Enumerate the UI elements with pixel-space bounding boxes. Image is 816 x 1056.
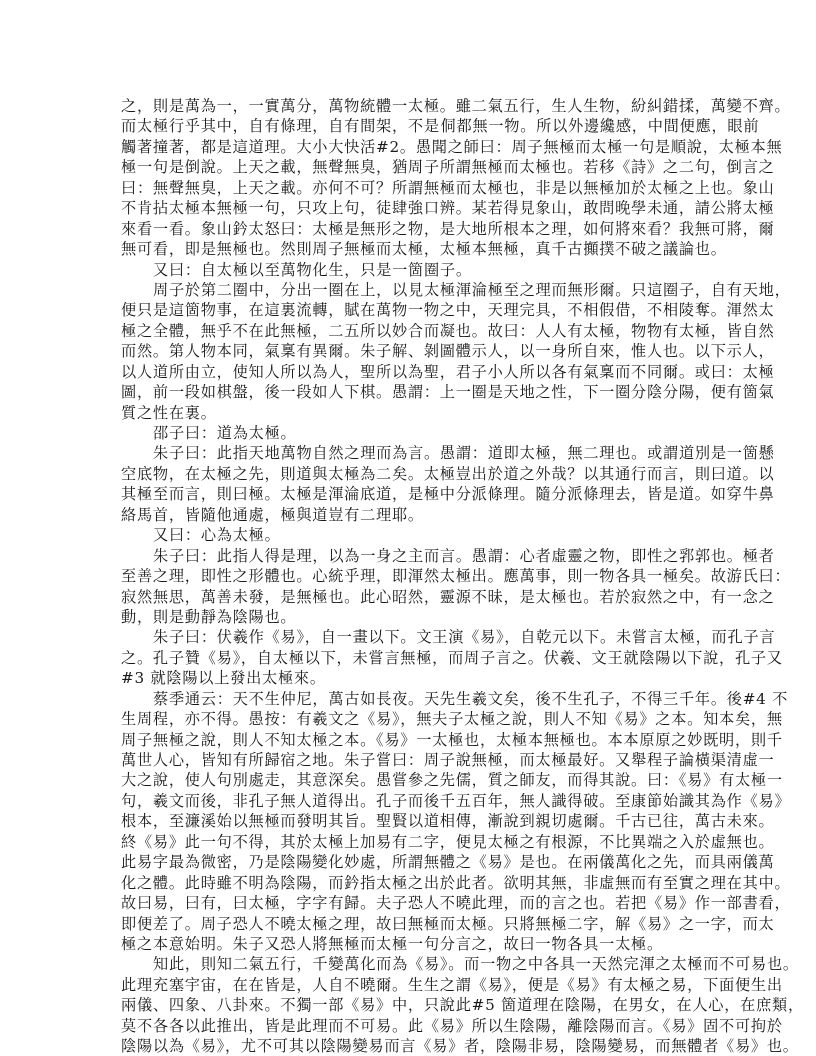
text-line: 極之全體，無乎不在此無極，二五所以妙合而凝也。故曰：人人有太極，物物有太極，皆自… — [121, 321, 701, 341]
text-line: 莫不各各以此推出，皆是此理而不可易。此《易》所以生陰陽，離陰陽而言。《易》固不可… — [121, 1016, 701, 1036]
paragraph-first-line: 朱子曰：此指天地萬物自然之理而為言。愚謂：道即太極，無二理也。或謂道別是一箇懸 — [121, 443, 701, 463]
text-line: 其極至而言，則曰極。太極是渾淪底道，是極中分派條理。隨分派條理去，皆是道。如穿牛… — [121, 484, 701, 504]
text-line: 萬世人心，皆知有所歸宿之地。朱子嘗曰：周子說無極，而太極最好。又舉程子論橫渠清虛… — [121, 750, 701, 770]
text-line: 曰：無聲無臭，上天之載。亦何不可？所謂無極而太極也，非是以無極加於太極之上也。象… — [121, 178, 701, 198]
paragraph-first-line: 邵子曰：道為太極。 — [121, 423, 701, 443]
text-line: 句，羲文而後，非孔子無人道得出。孔子而後千五百年，無人識得破。至康節始識其為作《… — [121, 791, 701, 811]
paragraph-first-line: 朱子曰：伏羲作《易》，自一畫以下。文王演《易》，自乾元以下。未嘗言太極，而孔子言 — [121, 627, 701, 647]
text-line: 無可看，即是無極也。然則周子無極而太極，太極本無極，真千古攧撲不破之議論也。 — [121, 239, 701, 259]
document-page: 之，則是萬為一，一實萬分，萬物統體一太極。雖二氣五行，生人生物，紛糾錯揉，萬變不… — [121, 96, 701, 1056]
text-line: 此理充塞宇宙，在在皆是，人自不曉爾。生生之謂《易》，便是《易》有太極之易，下面便… — [121, 975, 701, 995]
paragraph-first-line: 蔡季通云：天不生仲尼，萬古如長夜。天先生羲文矣，後不生孔子，不得三千年。後#4 … — [121, 689, 701, 709]
text-line: 兩儀、四象、八卦來。不獨一部《易》中，只說此#5 箇道理在陰陽，在男女，在人心，… — [121, 995, 701, 1015]
text-line: 根本，至濂溪始以無極而發明其旨。聖賢以道相傳，漸說到親切處爾。千古已往，萬古未來… — [121, 811, 701, 831]
paragraph-first-line: 朱子曰：此指人得是理，以為一身之主而言。愚謂：心者虛靈之物，即性之郛郭也。極者 — [121, 546, 701, 566]
text-line: 寂然無思，萬善未發，是無極也。此心昭然，靈源不昧，是太極也。若於寂然之中，有一念… — [121, 587, 701, 607]
text-line: 化之體。此時雖不明為陰陽，而鈐指太極之出於此者。欲明其無，非虛無而有至實之理在其… — [121, 873, 701, 893]
text-line: 此易字最為微密，乃是陰陽變化妙處，所謂無體之《易》是也。在兩儀萬化之先，而具兩儀… — [121, 852, 701, 872]
text-line: 至善之理，即性之形體也。心統乎理，即渾然太極出。應萬事，則一物各具一極矣。故游氏… — [121, 566, 701, 586]
text-line: 生周程，亦不得。愚按：有羲文之《易》，無夫子太極之說，則人不知《易》之本。知本矣… — [121, 709, 701, 729]
text-line: 極一句是倒說。上天之載，無聲無臭，猶周子所謂無極而太極也。若移《詩》之二句，倒言… — [121, 157, 701, 177]
text-line: 以人道所由立，使知人所以為人，聖所以為聖，君子小人所以各有氣稟而不同爾。或曰：太… — [121, 362, 701, 382]
text-line: #3 就陰陽以上發出太極來。 — [121, 668, 701, 688]
text-line: 來看一看。象山鈐太怒曰：太極是無形之物，是大地所根本之理，如何將來看？我無可將，… — [121, 219, 701, 239]
text-line: 動，則是動靜為陰陽也。 — [121, 607, 701, 627]
text-line: 周子無極之說，則人不知太極之本。《易》一太極也，太極本無極也。本本原原之妙既明，… — [121, 730, 701, 750]
paragraph-first-line: 知此，則知二氣五行，千變萬化而為《易》。而一物之中各具一天然完渾之太極而不可易也… — [121, 954, 701, 974]
text-line: 質之性在裏。 — [121, 403, 701, 423]
text-line: 絡馬首，皆隨他通處，極與道豈有二理耶。 — [121, 505, 701, 525]
text-line: 觸著撞著，都是這道理。大小大快活#2。愚聞之師曰：周子無極而太極一句是順說，太極… — [121, 137, 701, 157]
paragraph-first-line: 又曰：自太極以至萬物化生，只是一箇圈子。 — [121, 260, 701, 280]
text-line: 空底物，在太極之先，則道與太極為二矣。太極豈出於道之外哉？以其通行而言，則曰道。… — [121, 464, 701, 484]
document-body: 之，則是萬為一，一實萬分，萬物統體一太極。雖二氣五行，生人生物，紛糾錯揉，萬變不… — [121, 96, 701, 1056]
text-line: 不肯拈太極本無極一句，只攻上句，徒肆強口辨。某若得見象山，敢問晚學未通，請公將太… — [121, 198, 701, 218]
text-line: 故曰易，曰有，曰太極，字字有歸。夫子恐人不曉此理，而的言之也。若把《易》作一部書… — [121, 893, 701, 913]
paragraph-first-line: 又曰：心為太極。 — [121, 525, 701, 545]
text-line: 即便差了。周子恐人不曉太極之理，故曰無極而太極。只將無極二字，解《易》之一字，而… — [121, 914, 701, 934]
text-line: 極之本意始明。朱子又恐人將無極而太極一句分言之，故曰一物各具一太極。 — [121, 934, 701, 954]
text-line: 圖，前一段如棋盤，後一段如人下棋。愚謂：上一圈是天地之性，下一圈分陰分陽，便有箇… — [121, 382, 701, 402]
text-line: 終《易》此一句不得，其於太極上加易有二字，便見太極之有根源，不比異端之入於虛無也… — [121, 832, 701, 852]
paragraph-first-line: 周子於第二圈中，分出一圈在上，以見太極渾淪極至之理而無形爾。只這圈子，自有天地， — [121, 280, 701, 300]
text-line: 便只是這箇物事，在這裏流轉，賦在萬物一物之中，天理完具，不相假借，不相陵奪。渾然… — [121, 300, 701, 320]
text-line: 而太極行乎其中，自有條理，自有間架，不是𢜵侗都無一物。所以外邊纔感，中間便應，眼… — [121, 116, 701, 136]
text-line: 之，則是萬為一，一實萬分，萬物統體一太極。雖二氣五行，生人生物，紛糾錯揉，萬變不… — [121, 96, 701, 116]
text-line: 陰陽以為《易》，尤不可其以陰陽變易而言《易》者，陰陽非易，陰陽變易，而無體者《易… — [121, 1036, 701, 1056]
text-line: 之。孔子贊《易》，自太極以下，未嘗言無極，而周子言之。伏羲、文王就陰陽以下說，孔… — [121, 648, 701, 668]
text-line: 大之說，使人句別處走，其意深矣。愚嘗參之先儒，質之師友，而得其說。曰：《易》有太… — [121, 770, 701, 790]
text-line: 而然。第人物本同，氣稟有異爾。朱子解、剝圖體示人，以一身所自來，惟人也。以下示人… — [121, 341, 701, 361]
